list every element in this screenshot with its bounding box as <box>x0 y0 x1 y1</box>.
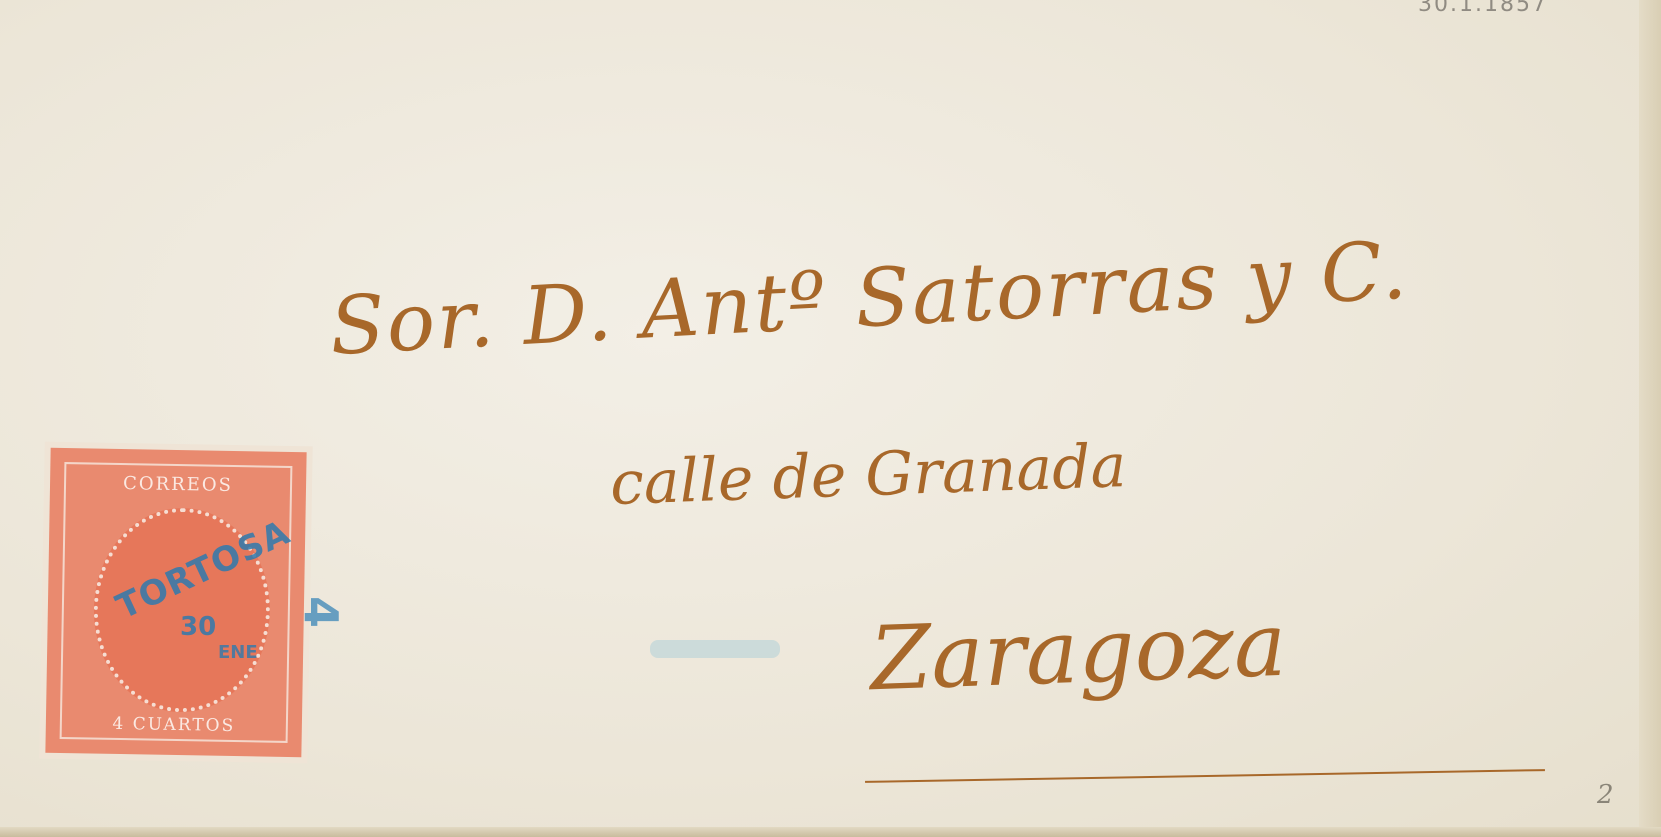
envelope-bottom-edge <box>0 827 1661 837</box>
blue-ink-smudge <box>650 640 780 658</box>
address-line-street: calle de Granada <box>609 431 1127 519</box>
address-line-city: Zaragoza <box>868 593 1288 710</box>
stamp-top-label: CORREOS <box>66 472 290 497</box>
postmark-town: TORTOSA <box>110 512 296 627</box>
postmark-cancellation: TORTOSA 30 ENE <box>100 530 290 680</box>
address-line-recipient: Sor. D. Antº Satorras y C. <box>328 224 1411 373</box>
postmark-day: 30 <box>180 612 216 642</box>
envelope-edge <box>1639 0 1661 837</box>
envelope: 30.1.1857 2 Sor. D. Antº Satorras y C. c… <box>0 0 1661 837</box>
postmark-month: ENE <box>218 642 258 663</box>
blue-rate-mark: 4 <box>294 596 348 628</box>
pencil-date-annotation: 30.1.1857 <box>1418 0 1548 17</box>
pencil-mark: 2 <box>1597 780 1614 810</box>
stamp-value-label: 4 CUARTOS <box>62 713 286 737</box>
address-underline <box>865 769 1545 783</box>
